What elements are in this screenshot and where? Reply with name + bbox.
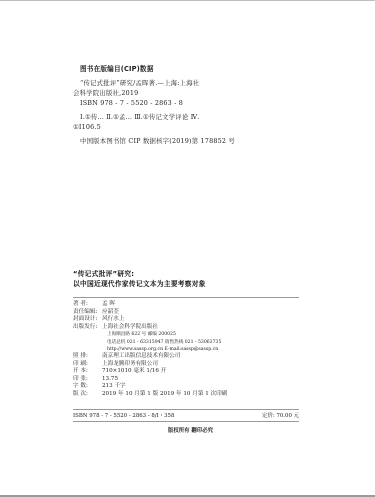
cip-isbn: ISBN 978 - 7 - 5520 - 2863 - 8 xyxy=(80,98,313,108)
info-label: 照 排: xyxy=(73,353,102,361)
cip-line: 会科学院出版社,2019 xyxy=(73,88,313,98)
cip-line: “传记式批评”研究/孟晖著.—上海:上海社 xyxy=(80,78,313,88)
info-label: 著 者: xyxy=(73,301,102,309)
publisher-phone: 电话总机 021 - 63315947 销售热线 021 - 53063735 xyxy=(107,339,303,346)
book-title-line2: 以中国近现代作家传记文本为主要考察对象 xyxy=(73,279,206,289)
cip-line: ①I106.5 xyxy=(73,122,313,132)
info-label: 开 本: xyxy=(73,368,102,376)
info-row-words: 字 数: 213 千字 xyxy=(73,383,303,391)
divider xyxy=(73,297,299,298)
cip-data-block: 图书在版编目(CIP)数据 “传记式批评”研究/孟晖著.—上海:上海社 会科学院… xyxy=(73,64,313,146)
isbn-price-row: ISBN 978 - 7 - 5520 - 2863 - 8/I・358 定价:… xyxy=(73,412,299,420)
info-value: 上海社会科学院出版社 xyxy=(102,324,158,332)
info-label: 版 次: xyxy=(73,391,102,399)
info-label: 出版发行: xyxy=(73,324,102,332)
info-label: 字 数: xyxy=(73,383,102,391)
info-value: 风行水上 xyxy=(102,316,124,324)
info-value: 孟 晖 xyxy=(102,301,115,309)
book-title: “传记式批评”研究: 以中国近现代作家传记文本为主要考察对象 xyxy=(73,269,206,289)
publisher-web: http://www.sassp.org.cn E-mail:sassp@sas… xyxy=(107,346,303,353)
info-row-cover: 封面设计: 风行水上 xyxy=(73,316,303,324)
cip-record-number: 中国版本图书馆 CIP 数据核字(2019)第 178852 号 xyxy=(80,136,313,146)
cip-classification: Ⅰ.①传… Ⅱ.①孟… Ⅲ.①传记文学评论 Ⅳ. xyxy=(80,112,313,122)
info-value: 南京理工出版信息技术有限公司 xyxy=(102,353,180,361)
info-value: 710×1010 毫米 1/16 开 xyxy=(102,368,166,376)
info-row-edition: 版 次: 2019 年 10 月第 1 版 2019 年 10 月第 1 次印刷 xyxy=(73,391,303,399)
book-title-line1: “传记式批评”研究: xyxy=(73,269,206,279)
info-value: 213 千字 xyxy=(102,383,126,391)
info-row-typesetting: 照 排: 南京理工出版信息技术有限公司 xyxy=(73,353,303,361)
page-top-edge xyxy=(0,0,375,1)
publisher-address: 上海顺昌路 622 号 邮编 200025 xyxy=(107,331,303,338)
publication-info: 著 者: 孟 晖 责任编辑: 应韶荃 封面设计: 风行水上 出版发行: 上海社会… xyxy=(73,301,303,399)
copyright-notice: 版权所有 翻印必究 xyxy=(0,427,375,435)
divider xyxy=(73,409,299,410)
info-label: 封面设计: xyxy=(73,316,102,324)
info-value: 2019 年 10 月第 1 版 2019 年 10 月第 1 次印刷 xyxy=(102,391,227,399)
cip-heading: 图书在版编目(CIP)数据 xyxy=(80,64,313,74)
footer-price: 定价: 70.00 元 xyxy=(262,412,299,420)
info-row-format: 开 本: 710×1010 毫米 1/16 开 xyxy=(73,368,303,376)
footer-isbn: ISBN 978 - 7 - 5520 - 2863 - 8/I・358 xyxy=(73,412,174,420)
divider xyxy=(73,421,299,422)
info-row-publisher: 出版发行: 上海社会科学院出版社 xyxy=(73,324,303,332)
info-row-author: 著 者: 孟 晖 xyxy=(73,301,303,309)
